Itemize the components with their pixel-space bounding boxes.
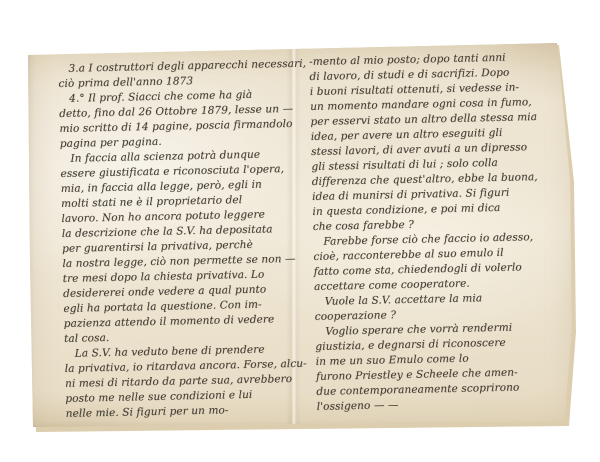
photo-background: 3.a I costruttori degli apparecchi neces… [0, 0, 600, 462]
manuscript-paper: 3.a I costruttori degli apparecchi neces… [28, 42, 576, 432]
right-page-text: -mento al mio posto; dopo tanti annidi l… [309, 50, 565, 415]
left-page-text: 3.a I costruttori degli apparecchi neces… [58, 57, 304, 422]
